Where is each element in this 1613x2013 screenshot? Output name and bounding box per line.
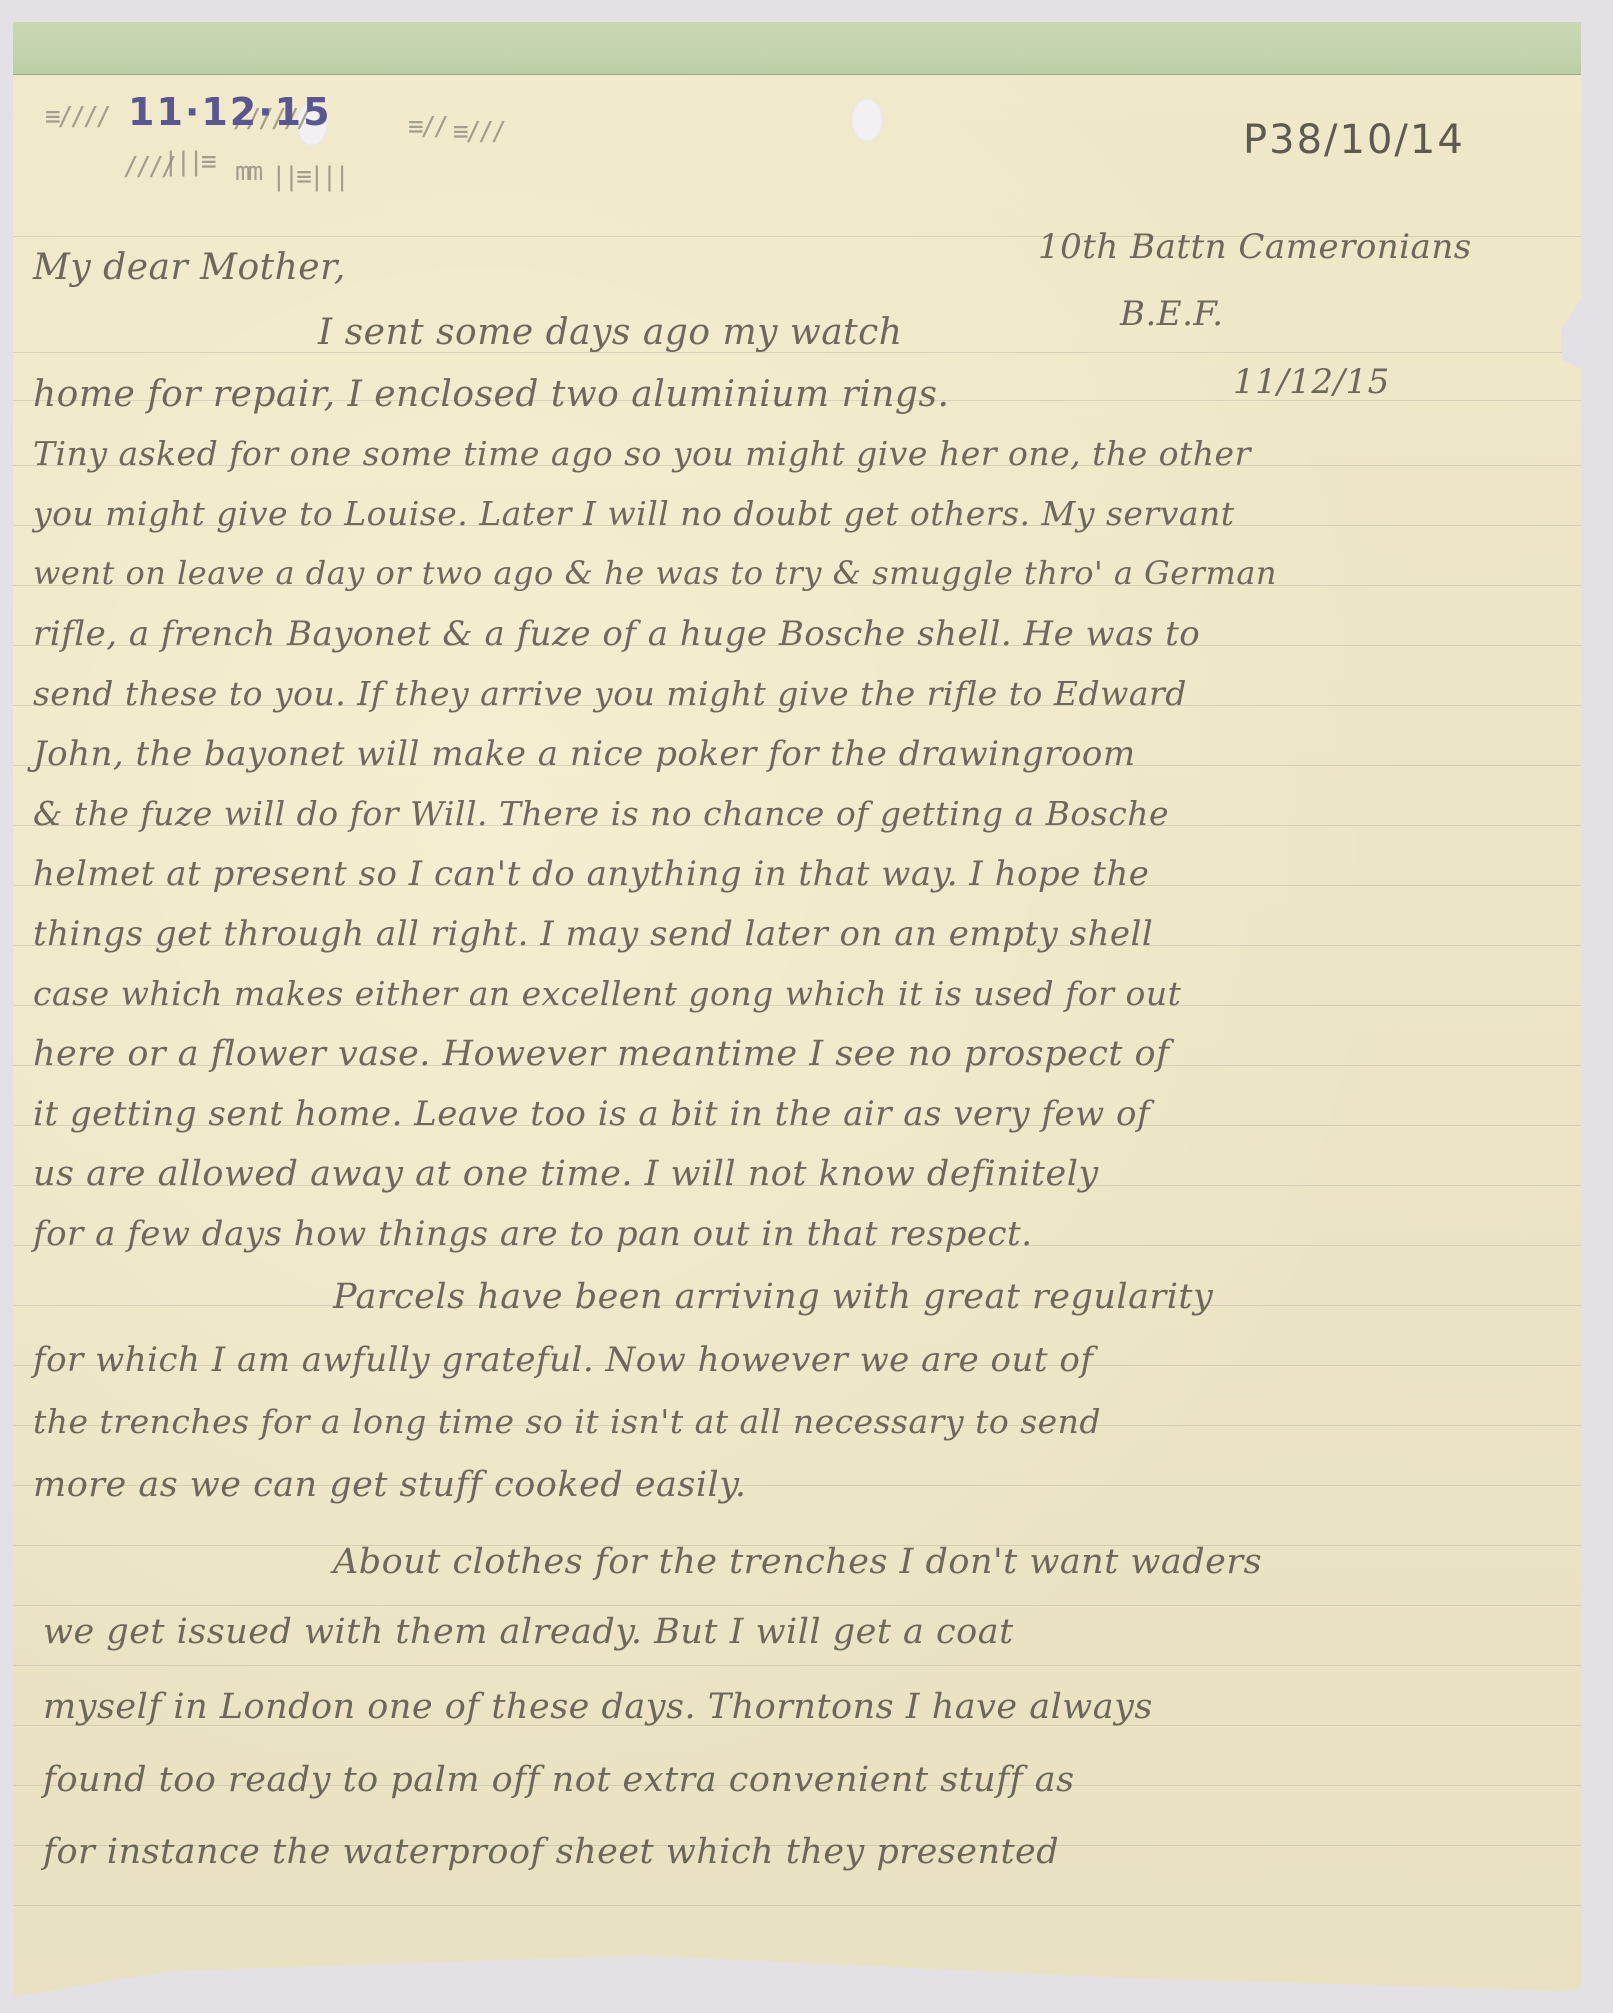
letter-line: us are allowed away at one time. I will … [33,1154,1099,1194]
pencil-scribble: ≡/// [453,117,504,147]
pencil-scribble: ≡//// [45,102,108,132]
archive-reference: P38/10/14 [1243,117,1465,163]
pencil-scribble: ≡// [408,112,446,142]
letter-line: found too ready to palm off not extra co… [43,1760,1075,1800]
address-date: 11/12/15 [1233,362,1390,402]
letter-line: the trenches for a long time so it isn't… [33,1402,1101,1441]
letter-line: things get through all right. I may send… [33,914,1153,954]
letter-line: home for repair, I enclosed two aluminiu… [33,374,949,415]
pencil-scribble: ||≡||| [271,162,347,192]
letter-line: helmet at present so I can't do anything… [33,854,1149,894]
letter-line: John, the bayonet will make a nice poker… [33,734,1136,774]
punch-hole [851,98,883,142]
letter-line: send these to you. If they arrive you mi… [33,674,1187,713]
address-unit: 10th Battn Cameronians [1038,227,1472,267]
letter-line: it getting sent home. Leave too is a bit… [33,1094,1150,1134]
pencil-scribble: |||≡ [163,147,214,177]
date-stamp: 11·12·15 [128,90,332,134]
ruled-line [13,1665,1581,1666]
letter-page: ≡//// //// |||≡ ////// mm ≡// ||≡||| ≡//… [13,22,1581,2007]
letter-line: rifle, a french Bayonet & a fuze of a hu… [33,614,1200,654]
letter-line: case which makes either an excellent gon… [33,974,1181,1013]
pencil-scribble: mm [235,157,260,187]
green-tape-strip [13,22,1581,75]
letter-line: & the fuze will do for Will. There is no… [33,794,1169,833]
letter-line: more as we can get stuff cooked easily. [33,1465,747,1505]
letter-line: About clothes for the trenches I don't w… [333,1542,1262,1582]
letter-line: Tiny asked for one some time ago so you … [33,434,1251,473]
letter-line: went on leave a day or two ago & he was … [33,554,1277,592]
letter-line: Parcels have been arriving with great re… [333,1277,1213,1317]
ruled-line [13,1905,1581,1906]
salutation: My dear Mother, [33,247,346,288]
letter-line: for which I am awfully grateful. Now how… [33,1340,1093,1380]
letter-line: here or a flower vase. However meantime … [33,1034,1170,1074]
letter-line: we get issued with them already. But I w… [43,1612,1014,1652]
ruled-line [13,1605,1581,1606]
letter-line: for instance the waterproof sheet which … [43,1832,1059,1872]
letter-line: you might give to Louise. Later I will n… [33,494,1235,533]
letter-line: for a few days how things are to pan out… [33,1214,1033,1254]
letter-line: myself in London one of these days. Thor… [43,1687,1153,1727]
address-force: B.E.F. [1120,294,1224,334]
letter-line: I sent some days ago my watch [318,312,902,353]
